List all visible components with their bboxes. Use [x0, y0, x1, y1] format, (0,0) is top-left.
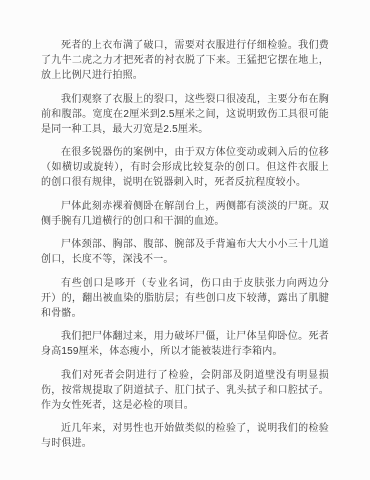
paragraph: 我们把尸体翻过来，用力破坏尸僵，让尸体呈仰卧位。死者身高159厘米，体态瘦小，所… [41, 329, 329, 359]
paragraph: 我们观察了衣服上的裂口，这些裂口很凌乱，主要分布在胸前和腹部。宽度在2厘米到2.… [41, 92, 329, 137]
paragraph: 尸体颈部、胸部、腹部、腕部及手背遍布大大小小三十几道创口，长度不等，深浅不一。 [41, 237, 329, 267]
ebook-page: 死者的上衣布满了破口，需要对衣服进行仔细检验。我们费了九牛二虎之力才把死者的衬衣… [0, 0, 370, 480]
paragraph: 近几年来，对男性也开始做类似的检验了，说明我们的检验与时俱进。 [41, 421, 329, 451]
paragraph: 死者的上衣布满了破口，需要对衣服进行仔细检验。我们费了九牛二虎之力才把死者的衬衣… [41, 38, 329, 83]
paragraph: 有些创口是哆开（专业名词，伤口由于皮肤张力向两边分开）的，翻出被血染的脂肪层；有… [41, 276, 329, 321]
paragraph: 我们对死者会阴进行了检验，会阴部及阴道壁没有明显损伤，按常规提取了阴道拭子、肛门… [41, 368, 329, 413]
paragraph: 在很多锐器伤的案例中，由于双方体位变动或刺入后的位移（如横切或旋转），有时会形成… [41, 145, 329, 190]
paragraph: 尸体此刻赤裸着侧卧在解剖台上，两侧都有淡淡的尸斑。双侧手腕有几道横行的创口和干涸… [41, 199, 329, 229]
